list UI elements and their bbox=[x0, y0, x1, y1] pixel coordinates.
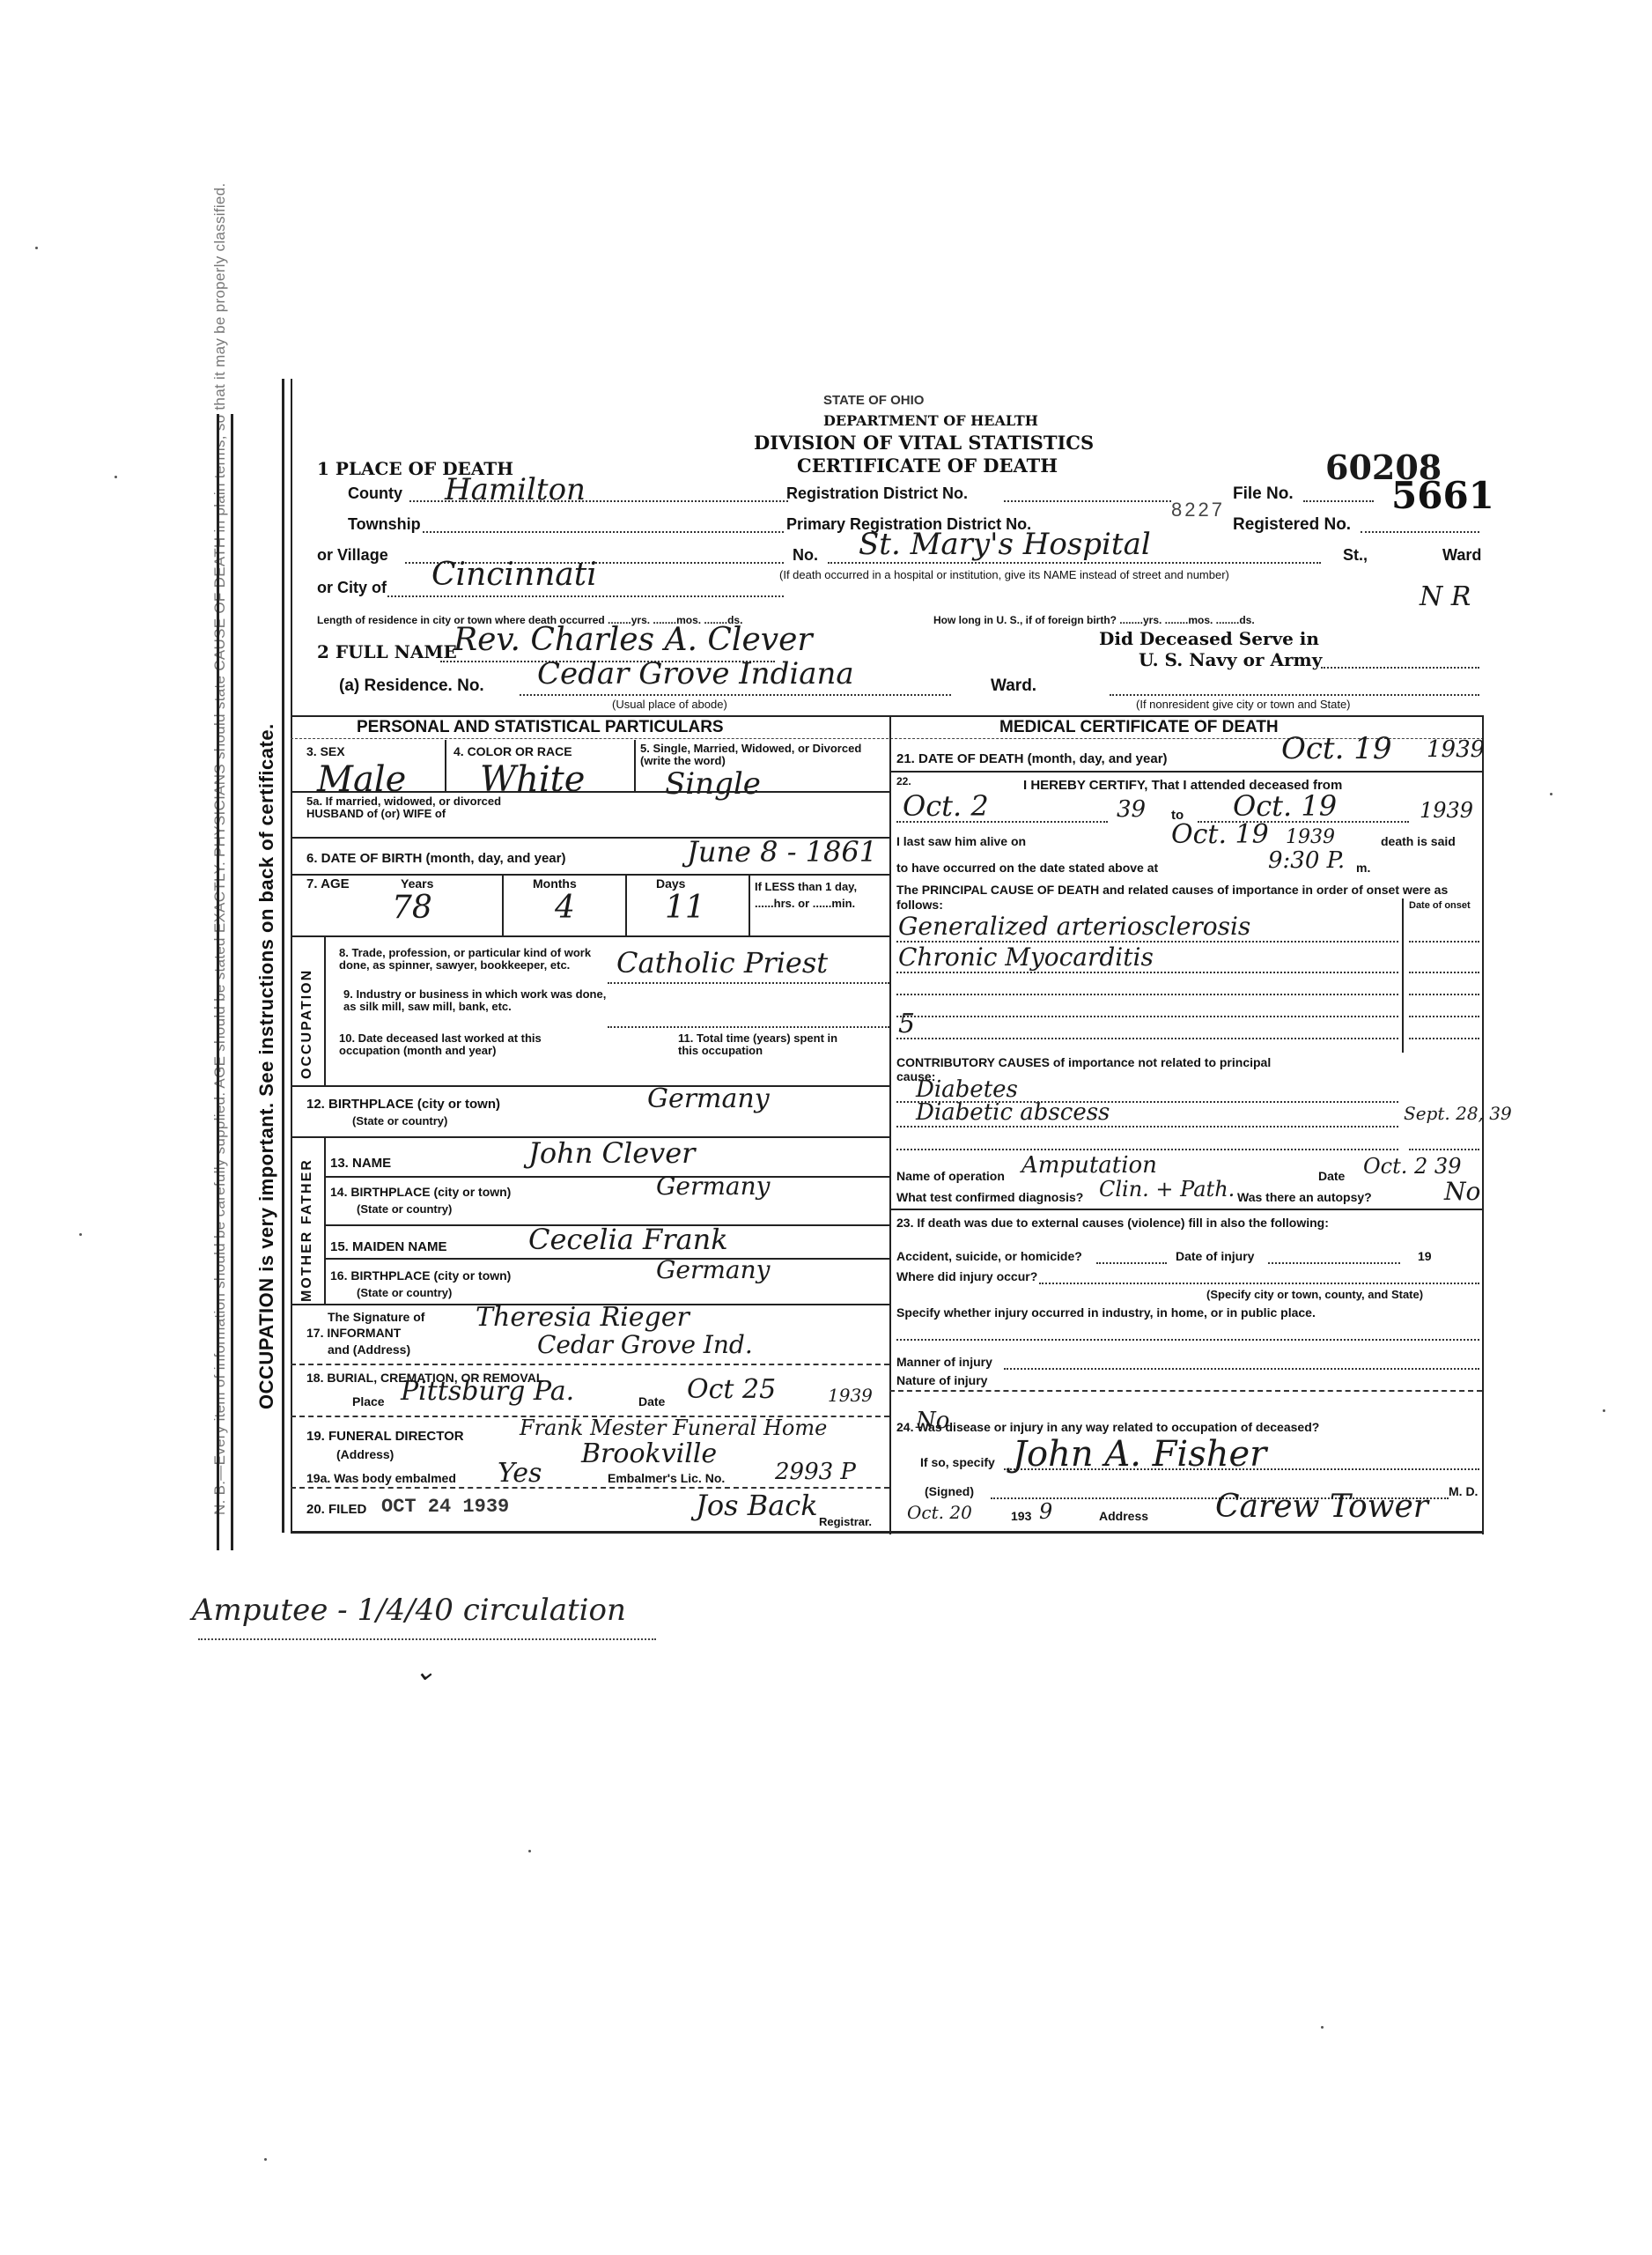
mother-name-value: Cecelia Frank bbox=[528, 1223, 728, 1256]
time-of-death: 9:30 P. bbox=[1268, 847, 1345, 874]
filed-date-stamp: OCT 24 1939 bbox=[381, 1496, 509, 1518]
registrar-signature: Jos Back bbox=[696, 1489, 818, 1522]
registered-no-label: Registered No. bbox=[1233, 515, 1351, 535]
age-label: 7. AGE bbox=[306, 876, 350, 891]
row-rule bbox=[291, 791, 889, 793]
spouse-label: 5a. If married, widowed, or divorced HUS… bbox=[306, 795, 535, 820]
registered-no-line bbox=[1361, 531, 1479, 533]
onset-line bbox=[1409, 972, 1479, 973]
trade-label: 8. Trade, profession, or particular kind… bbox=[339, 947, 603, 972]
street-no-label: No. bbox=[793, 546, 818, 565]
form-right-border bbox=[1482, 715, 1484, 1534]
principal-cause-label: The PRINCIPAL CAUSE OF DEATH and related… bbox=[896, 883, 1482, 913]
cause-line bbox=[896, 1016, 1398, 1017]
ward-label: Ward bbox=[1442, 546, 1481, 565]
margin-mark: N R bbox=[1420, 581, 1471, 612]
county-value: Hamilton bbox=[445, 472, 586, 507]
full-name-value: Rev. Charles A. Clever bbox=[454, 622, 813, 658]
personal-section-title: PERSONAL AND STATISTICAL PARTICULARS bbox=[357, 718, 724, 737]
date-of-onset-label: Date of onset bbox=[1409, 900, 1471, 911]
funeral-director-value: Frank Mester Funeral Home bbox=[520, 1416, 827, 1440]
primary-registration-value: 8227 bbox=[1171, 499, 1225, 521]
row-rule bbox=[889, 1209, 1482, 1210]
where-label: Where did injury occur? bbox=[896, 1269, 1037, 1283]
file-no-value: 5661 bbox=[1391, 474, 1494, 517]
sign-year: 9 bbox=[1039, 1499, 1052, 1524]
file-no-line bbox=[1303, 500, 1374, 502]
father-birthplace-value: Germany bbox=[656, 1172, 770, 1201]
dob-value: June 8 - 1861 bbox=[687, 835, 877, 869]
check-mark: ⌄ bbox=[414, 1656, 436, 1687]
contributory-line bbox=[896, 1101, 1398, 1103]
operation-value: Amputation bbox=[1021, 1152, 1157, 1179]
specify-line bbox=[896, 1339, 1479, 1341]
row-rule bbox=[291, 1085, 889, 1087]
township-line bbox=[423, 531, 784, 533]
parents-divider bbox=[324, 1136, 326, 1304]
township-label: Township bbox=[348, 515, 421, 534]
medical-section-title: MEDICAL CERTIFICATE OF DEATH bbox=[999, 718, 1279, 737]
header-division: DIVISION OF VITAL STATISTICS bbox=[754, 432, 1094, 454]
last-saw-label: I last saw him alive on bbox=[896, 834, 1026, 848]
margin-occupation-instruction: OCCUPATION is very important. See instru… bbox=[255, 723, 278, 1409]
dod-label: 21. DATE OF DEATH (month, day, and year) bbox=[896, 751, 1168, 766]
physician-address-value: Carew Tower bbox=[1215, 1489, 1428, 1525]
age-divider bbox=[625, 874, 627, 935]
occupation-related-label: 24. Was disease or injury in any way rel… bbox=[896, 1420, 1319, 1434]
scan-speck bbox=[1321, 2026, 1324, 2029]
navy-line bbox=[1321, 667, 1479, 669]
sign-year-label: 193 bbox=[1011, 1509, 1031, 1523]
industry-line bbox=[608, 1026, 889, 1028]
onset-line bbox=[1409, 994, 1479, 995]
informant-address-value: Cedar Grove Ind. bbox=[537, 1330, 753, 1359]
occupation-side-label: OCCUPATION bbox=[299, 969, 315, 1079]
less-than-label: If LESS than 1 day, ......hrs. or ......… bbox=[755, 878, 878, 912]
accident-line bbox=[1096, 1262, 1167, 1264]
hospital-value: St. Mary's Hospital bbox=[859, 527, 1151, 562]
residence-label: (a) Residence. No. bbox=[339, 676, 484, 696]
onset-line bbox=[1409, 1149, 1479, 1150]
race-divider bbox=[634, 740, 636, 791]
onset-line bbox=[1409, 941, 1479, 943]
contributory-date: Sept. 28, 39 bbox=[1404, 1103, 1512, 1124]
birthplace-label: 12. BIRTHPLACE (city or town) bbox=[306, 1097, 500, 1112]
burial-place-label: Place bbox=[352, 1394, 385, 1408]
cause-1: Generalized arteriosclerosis bbox=[898, 912, 1250, 941]
birthplace-sub: (State or country) bbox=[352, 1114, 447, 1127]
sex-divider bbox=[445, 740, 446, 791]
county-label: County bbox=[348, 484, 402, 503]
embalmed-value: Yes bbox=[498, 1458, 542, 1489]
informant-value: Theresia Rieger bbox=[476, 1302, 690, 1333]
age-months: 4 bbox=[555, 890, 575, 926]
hospital-line bbox=[828, 562, 1321, 564]
accident-label: Accident, suicide, or homicide? bbox=[896, 1249, 1082, 1263]
contributory-2: Diabetic abscess bbox=[916, 1099, 1110, 1126]
scan-speck bbox=[35, 247, 38, 249]
form-bottom-rule bbox=[291, 1531, 1484, 1534]
mother-birthplace-label: 16. BIRTHPLACE (city or town) bbox=[330, 1268, 511, 1283]
village-label: or Village bbox=[317, 546, 388, 565]
mother-name-label: 15. MAIDEN NAME bbox=[330, 1239, 447, 1254]
physician-address-label: Address bbox=[1099, 1509, 1148, 1523]
margin-code: 5 bbox=[898, 1009, 915, 1039]
full-name-label: 2 FULL NAME bbox=[317, 641, 457, 662]
certify-number: 22. bbox=[896, 775, 911, 787]
attended-from-value: Oct. 2 bbox=[903, 789, 989, 823]
scan-speck bbox=[1603, 1409, 1605, 1412]
if-so-label: If so, specify bbox=[920, 1455, 995, 1469]
file-no-label: File No. bbox=[1233, 484, 1294, 504]
row-rule bbox=[324, 1176, 889, 1178]
occupation-related-value: No bbox=[916, 1408, 949, 1434]
total-time-label: 11. Total time (years) spent in this occ… bbox=[678, 1032, 854, 1057]
physician-signature: John A. Fisher bbox=[1013, 1434, 1266, 1475]
test-value: Clin. + Path. bbox=[1099, 1177, 1235, 1201]
time-suffix: m. bbox=[1356, 861, 1370, 875]
age-years: 78 bbox=[392, 890, 432, 926]
filed-label: 20. FILED bbox=[306, 1502, 366, 1517]
operation-date-value: Oct. 2 39 bbox=[1363, 1154, 1461, 1179]
onset-line bbox=[1409, 1016, 1479, 1017]
injury-year-label: 19 bbox=[1418, 1249, 1432, 1263]
embalmer-lic-label: Embalmer's Lic. No. bbox=[608, 1471, 725, 1485]
father-name-value: John Clever bbox=[528, 1136, 695, 1170]
scan-speck bbox=[264, 2158, 267, 2161]
autopsy-label: Was there an autopsy? bbox=[1237, 1190, 1372, 1204]
header-state: STATE OF OHIO bbox=[823, 393, 924, 408]
father-birthplace-label: 14. BIRTHPLACE (city or town) bbox=[330, 1185, 511, 1199]
nonresident-note: (If nonresident give city or town and St… bbox=[1136, 698, 1351, 711]
last-saw-year: 1939 bbox=[1286, 826, 1335, 848]
dod-value: Oct. 19 bbox=[1281, 731, 1391, 766]
father-birthplace-sub: (State or country) bbox=[357, 1202, 452, 1216]
injury-date-label: Date of injury bbox=[1176, 1249, 1254, 1263]
scan-speck bbox=[79, 1233, 82, 1236]
section-top-rule bbox=[291, 715, 1484, 717]
sex-label: 3. SEX bbox=[306, 744, 345, 758]
scan-speck bbox=[528, 1850, 531, 1852]
row-rule bbox=[291, 874, 889, 876]
row-rule bbox=[291, 1364, 889, 1365]
occurred-label: to have occurred on the date stated abov… bbox=[896, 861, 1158, 875]
informant-label-2: 17. INFORMANT bbox=[306, 1326, 401, 1340]
mother-side-label: MOTHER bbox=[299, 1231, 315, 1302]
attended-to-year: 1939 bbox=[1420, 798, 1473, 823]
navy-label-1: Did Deceased Serve in bbox=[1099, 628, 1319, 649]
city-line bbox=[387, 595, 784, 597]
manner-label: Manner of injury bbox=[896, 1355, 992, 1369]
test-label: What test confirmed diagnosis? bbox=[896, 1190, 1083, 1204]
row-rule bbox=[324, 1258, 889, 1260]
handwritten-annotation: Amputee - 1/4/40 circulation bbox=[192, 1593, 626, 1628]
burial-date-value: Oct 25 bbox=[687, 1374, 776, 1405]
form-left-border bbox=[282, 379, 284, 1533]
age-divider bbox=[502, 874, 504, 935]
signed-label: (Signed) bbox=[925, 1484, 974, 1498]
cause-line bbox=[896, 1038, 1398, 1039]
occupation-divider bbox=[324, 935, 326, 1085]
margin-faint-instructions: N. B.—Every item of information should b… bbox=[211, 458, 229, 1515]
marital-value: Single bbox=[665, 766, 761, 802]
onset-divider bbox=[1402, 898, 1404, 1053]
residence-ward-label: Ward. bbox=[991, 676, 1036, 696]
specify-label: Specify whether injury occurred in indus… bbox=[896, 1305, 1316, 1320]
form-left-border-inner bbox=[291, 379, 292, 1533]
burial-place-value: Pittsburg Pa. bbox=[401, 1376, 574, 1407]
street-label: St., bbox=[1343, 546, 1368, 565]
embalmed-label: 19a. Was body embalmed bbox=[306, 1471, 456, 1485]
industry-label: 9. Industry or business in which work wa… bbox=[343, 988, 608, 1013]
cause-line bbox=[896, 994, 1398, 995]
operation-date-label: Date bbox=[1318, 1169, 1345, 1183]
annotation-underline bbox=[198, 1638, 656, 1640]
age-divider bbox=[749, 874, 750, 935]
registration-district-label: Registration District No. bbox=[786, 484, 968, 503]
onset-line bbox=[1409, 1038, 1479, 1039]
funeral-address-label: (Address) bbox=[336, 1447, 394, 1461]
city-value: Cincinnati bbox=[431, 557, 597, 593]
sign-date: Oct. 20 bbox=[907, 1502, 972, 1523]
attended-to-value: Oct. 19 bbox=[1233, 789, 1337, 823]
dod-year: 1939 bbox=[1427, 736, 1485, 763]
manner-line bbox=[1004, 1368, 1479, 1370]
scan-speck bbox=[1550, 793, 1552, 795]
city-label: or City of bbox=[317, 579, 387, 597]
md-label: M. D. bbox=[1449, 1484, 1478, 1498]
last-saw-value: Oct. 19 bbox=[1171, 819, 1269, 850]
margin-rule bbox=[231, 414, 233, 1550]
age-days: 11 bbox=[665, 890, 705, 926]
margin-rule bbox=[217, 414, 219, 1550]
mother-birthplace-sub: (State or country) bbox=[357, 1286, 452, 1299]
informant-label-3: and (Address) bbox=[328, 1342, 410, 1357]
column-divider bbox=[889, 715, 891, 1534]
header-title: CERTIFICATE OF DEATH bbox=[797, 455, 1058, 477]
years-label: Years bbox=[401, 876, 433, 891]
reg-district-line bbox=[1004, 500, 1171, 502]
father-side-label: FATHER bbox=[299, 1158, 315, 1224]
funeral-director-label: 19. FUNERAL DIRECTOR bbox=[306, 1429, 464, 1444]
where-note: (Specify city or town, county, and State… bbox=[1206, 1288, 1423, 1301]
registrar-label: Registrar. bbox=[819, 1515, 872, 1528]
burial-year-value: 1939 bbox=[828, 1385, 873, 1406]
attended-from-line bbox=[896, 821, 1108, 823]
marital-label: 5. Single, Married, Widowed, or Divorced… bbox=[640, 743, 887, 767]
funeral-address-value: Brookville bbox=[581, 1438, 717, 1469]
last-worked-label: 10. Date deceased last worked at this oc… bbox=[339, 1032, 603, 1057]
contributory-line bbox=[896, 1126, 1398, 1127]
residence-line bbox=[520, 694, 951, 696]
mother-birthplace-value: Germany bbox=[656, 1255, 770, 1284]
informant-label-1: The Signature of bbox=[328, 1310, 424, 1324]
contributory-line bbox=[896, 1149, 1398, 1150]
embalmer-lic-value: 2993 P bbox=[775, 1459, 856, 1485]
race-label: 4. COLOR OR RACE bbox=[454, 744, 572, 758]
row-rule bbox=[889, 771, 1482, 773]
autopsy-value: No bbox=[1444, 1177, 1480, 1206]
abode-note: (Usual place of abode) bbox=[612, 698, 727, 711]
father-name-label: 13. NAME bbox=[330, 1156, 391, 1171]
trade-line bbox=[608, 982, 889, 984]
months-label: Months bbox=[533, 876, 577, 891]
external-causes-label: 23. If death was due to external causes … bbox=[896, 1216, 1478, 1230]
nature-label: Nature of injury bbox=[896, 1373, 987, 1387]
residence-ward-line bbox=[1110, 694, 1479, 696]
attended-from-year: 39 bbox=[1117, 796, 1146, 823]
navy-label-2: U. S. Navy or Army bbox=[1139, 649, 1322, 670]
row-rule bbox=[291, 935, 889, 937]
injury-date-line bbox=[1268, 1262, 1400, 1264]
hospital-note: (If death occurred in a hospital or inst… bbox=[779, 568, 1229, 581]
scan-speck bbox=[114, 476, 117, 478]
where-line bbox=[1039, 1283, 1479, 1284]
burial-date-label: Date bbox=[638, 1394, 665, 1408]
foreign-birth-label: How long in U. S., if of foreign birth? … bbox=[933, 614, 1255, 626]
death-said-label: death is said bbox=[1381, 834, 1456, 848]
birthplace-value: Germany bbox=[647, 1083, 770, 1114]
dob-label: 6. DATE OF BIRTH (month, day, and year) bbox=[306, 851, 565, 866]
row-rule bbox=[889, 1390, 1482, 1392]
cause-2: Chronic Myocarditis bbox=[898, 943, 1154, 972]
residence-value: Cedar Grove Indiana bbox=[537, 656, 854, 691]
trade-value: Catholic Priest bbox=[616, 946, 828, 980]
days-label: Days bbox=[656, 876, 685, 891]
operation-label: Name of operation bbox=[896, 1169, 1005, 1183]
header-department: DEPARTMENT OF HEALTH bbox=[823, 412, 1038, 429]
cause-line bbox=[896, 972, 1398, 973]
